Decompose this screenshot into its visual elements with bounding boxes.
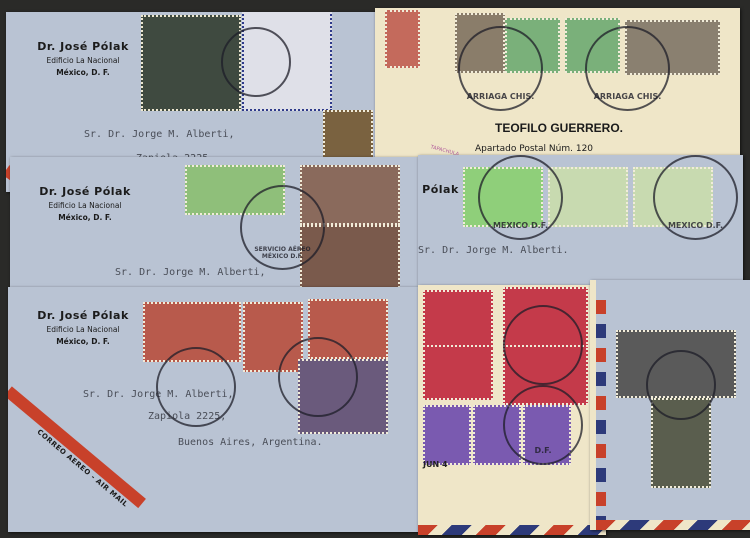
postmark-mexico-2: [278, 337, 358, 417]
sender-line1: Edificio La Nacional: [28, 325, 138, 334]
address-line1: Sr. Dr. Jorge M. Alberti.: [418, 245, 569, 256]
sender-name: Dr. José Pólak: [28, 309, 138, 322]
sender-line2: México, D. F.: [28, 68, 138, 77]
postmark-2: D.F.: [503, 385, 583, 465]
postmark-arriaga-2: ARRIAGA CHIS.: [585, 26, 670, 111]
airmail-band: [8, 386, 146, 508]
postmark-1: [503, 305, 583, 385]
address-line1: Sr. Dr. Jorge M. Alberti,: [115, 267, 266, 278]
cover-6: D.F. JUN 4: [418, 285, 606, 535]
stamp-red-c: [423, 345, 493, 400]
postmark-servicio-aereo: SERVICIO AÉREO MÉXICO D.F.: [240, 185, 325, 270]
cover-3: Dr. José Pólak Edificio La Nacional Méxi…: [10, 157, 440, 307]
stamp-red: [385, 10, 420, 68]
postmark-mexico-2: MEXICO D.F.: [653, 155, 738, 240]
sender-block: Dr. José Pólak Edificio La Nacional Méxi…: [28, 309, 138, 346]
airmail-stripes-bottom: [596, 520, 750, 530]
postmark-arriaga-1: ARRIAGA CHIS.: [458, 26, 543, 111]
cover-4: Dr. José Pólak Sr. Dr. Jorge M. Alberti.…: [418, 155, 743, 285]
cover-5: Dr. José Pólak Edificio La Nacional Méxi…: [8, 287, 418, 532]
stamp-violet-1: [423, 405, 471, 465]
sender-name: Dr. José Pólak: [30, 185, 140, 198]
address-line3: Buenos Aires, Argentina.: [178, 437, 323, 448]
airmail-stripes: [418, 525, 606, 535]
sender-name: Dr. José Pólak: [418, 183, 468, 196]
address-line1: Sr. Dr. Jorge M. Alberti,: [84, 129, 235, 140]
sender-block: Dr. José Pólak: [418, 183, 468, 196]
cover-7: [590, 280, 750, 530]
postmark-mexico-1: MEXICO D.F.: [478, 155, 563, 240]
sender-line2: México, D. F.: [30, 213, 140, 222]
sender-name: Dr. José Pólak: [28, 40, 138, 53]
sender-line1: Edificio La Nacional: [30, 201, 140, 210]
sender-block: Dr. José Pólak Edificio La Nacional Méxi…: [28, 40, 138, 77]
sender-line2: México, D. F.: [28, 337, 138, 346]
postmark: [221, 27, 291, 97]
postmark-date: JUN 4: [423, 460, 448, 469]
postmark-mexico: [156, 347, 236, 427]
sender-name: TEOFILO GUERRERO.: [495, 121, 623, 135]
airmail-stripes: [596, 300, 606, 530]
cover-2: ARRIAGA CHIS. ARRIAGA CHIS. TEOFILO GUER…: [375, 8, 740, 168]
stamp-red-a: [423, 290, 493, 350]
sender-line1: Edificio La Nacional: [28, 56, 138, 65]
sender-block: Dr. José Pólak Edificio La Nacional Méxi…: [30, 185, 140, 222]
sender-line1: Apartado Postal Núm. 120: [475, 144, 593, 154]
airmail-label: CORREO AEREO - AIR MAIL: [35, 428, 129, 509]
postmark-servicio: [646, 350, 716, 420]
